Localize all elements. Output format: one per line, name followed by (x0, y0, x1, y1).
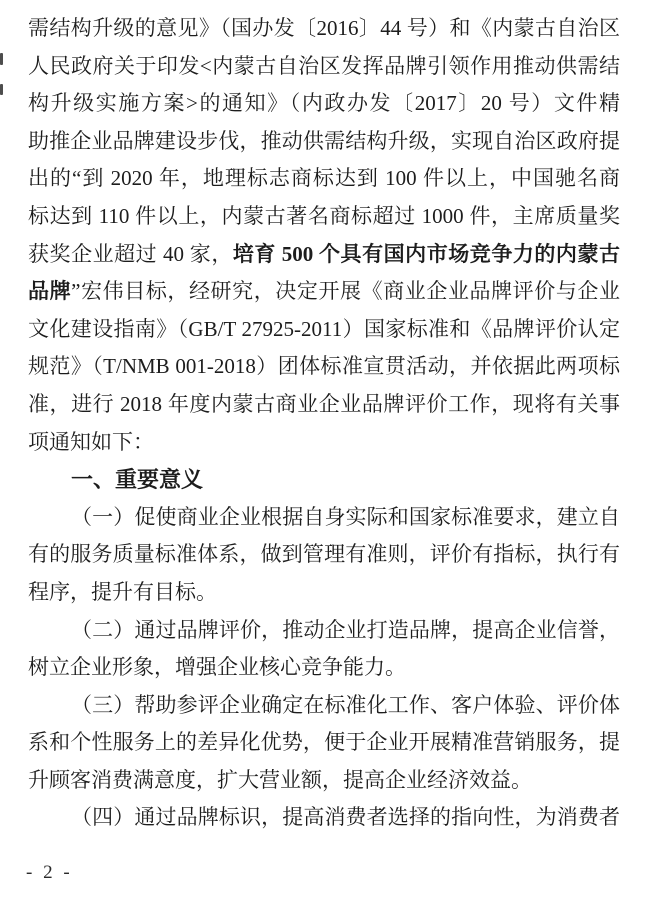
document-page: 需结构升级的意见》（国办发〔2016〕44 号）和《内蒙古自治区人民政府关于印发… (0, 0, 647, 901)
text-line: 需结构升级的意见》（国办发〔2016〕44 号）和《内蒙古自治区 (28, 10, 620, 48)
body-text: （三）帮助参评企业确定在标准化工作、客户体验、评价体 (71, 693, 620, 717)
text-line: 项通知如下： (28, 424, 620, 462)
text-line: 标达到 110 件以上，内蒙古著名商标超过 1000 件，主席质量奖 (28, 198, 620, 236)
emphasis-text: 培育 500 个具有国内市场竞争力的内蒙古 (233, 242, 620, 266)
text-line: （三）帮助参评企业确定在标准化工作、客户体验、评价体 (28, 687, 620, 725)
text-line: 准，进行 2018 年度内蒙古商业企业品牌评价工作，现将有关事 (28, 386, 620, 424)
body-text: 出的“到 2020 年，地理标志商标达到 100 件以上，中国驰名商 (28, 166, 620, 190)
document-lines: 需结构升级的意见》（国办发〔2016〕44 号）和《内蒙古自治区人民政府关于印发… (28, 10, 620, 837)
body-text: 获奖企业超过 40 家， (28, 242, 233, 266)
text-line: 有的服务质量标准体系，做到管理有准则，评价有指标，执行有 (28, 536, 620, 574)
body-text: 文化建设指南》（GB/T 27925-2011）国家标准和《品牌评价认定 (28, 317, 620, 341)
body-text: 准，进行 2018 年度内蒙古商业企业品牌评价工作，现将有关事 (28, 392, 620, 416)
text-line: （二）通过品牌评价，推动企业打造品牌，提高企业信誉， (28, 612, 620, 650)
body-text: 项通知如下： (28, 430, 154, 454)
text-line: 程序，提升有目标。 (28, 574, 620, 612)
text-line: 出的“到 2020 年，地理标志商标达到 100 件以上，中国驰名商 (28, 160, 620, 198)
text-line: 规范》（T/NMB 001-2018）团体标准宣贯活动，并依据此两项标 (28, 348, 620, 386)
text-line: 树立企业形象，增强企业核心竞争能力。 (28, 649, 620, 687)
body-text: 树立企业形象，增强企业核心竞争能力。 (28, 655, 406, 679)
text-line: 品牌”宏伟目标，经研究，决定开展《商业企业品牌评价与企业 (28, 273, 620, 311)
body-text: 构升级实施方案>的通知》（内政办发〔2017〕20 号）文件精神， (28, 91, 620, 123)
body-text: （四）通过品牌标识，提高消费者选择的指向性，为消费者 (71, 805, 620, 829)
body-text: ”宏伟目标，经研究，决定开展《商业企业品牌评价与企业 (71, 279, 620, 303)
text-line: 人民政府关于印发<内蒙古自治区发挥品牌引领作用推动供需结 (28, 48, 620, 86)
text-line: 系和个性服务上的差异化优势，便于企业开展精准营销服务，提 (28, 724, 620, 762)
body-text: 需结构升级的意见》（国办发〔2016〕44 号）和《内蒙古自治区 (28, 16, 620, 40)
body-text: 标达到 110 件以上，内蒙古著名商标超过 1000 件，主席质量奖 (28, 204, 620, 228)
text-line: （四）通过品牌标识，提高消费者选择的指向性，为消费者 (28, 799, 620, 837)
body-text: 助推企业品牌建设步伐，推动供需结构升级，实现自治区政府提 (28, 129, 620, 153)
scan-artifact (0, 84, 3, 95)
text-line: （一）促使商业企业根据自身实际和国家标准要求，建立自 (28, 499, 620, 537)
text-line: 获奖企业超过 40 家，培育 500 个具有国内市场竞争力的内蒙古 (28, 236, 620, 274)
emphasis-text: 品牌 (28, 279, 71, 303)
body-text: 程序，提升有目标。 (28, 580, 217, 604)
body-text: （二）通过品牌评价，推动企业打造品牌，提高企业信誉， (71, 618, 620, 642)
emphasis-text: 一、重要意义 (71, 467, 203, 492)
text-line: 升顾客消费满意度，扩大营业额，提高企业经济效益。 (28, 762, 620, 800)
section-heading: 一、重要意义 (28, 461, 620, 499)
body-text: 人民政府关于印发<内蒙古自治区发挥品牌引领作用推动供需结 (28, 54, 620, 78)
text-line: 构升级实施方案>的通知》（内政办发〔2017〕20 号）文件精神， (28, 85, 620, 123)
text-line: 助推企业品牌建设步伐，推动供需结构升级，实现自治区政府提 (28, 123, 620, 161)
body-text: 规范》（T/NMB 001-2018）团体标准宣贯活动，并依据此两项标 (28, 354, 620, 378)
body-text: 有的服务质量标准体系，做到管理有准则，评价有指标，执行有 (28, 542, 620, 566)
body-text: 升顾客消费满意度，扩大营业额，提高企业经济效益。 (28, 768, 532, 792)
text-line: 文化建设指南》（GB/T 27925-2011）国家标准和《品牌评价认定 (28, 311, 620, 349)
scan-artifact (0, 53, 3, 65)
body-text: （一）促使商业企业根据自身实际和国家标准要求，建立自 (71, 505, 620, 529)
page-number: - 2 - (26, 862, 73, 884)
body-text: 系和个性服务上的差异化优势，便于企业开展精准营销服务，提 (28, 730, 620, 754)
